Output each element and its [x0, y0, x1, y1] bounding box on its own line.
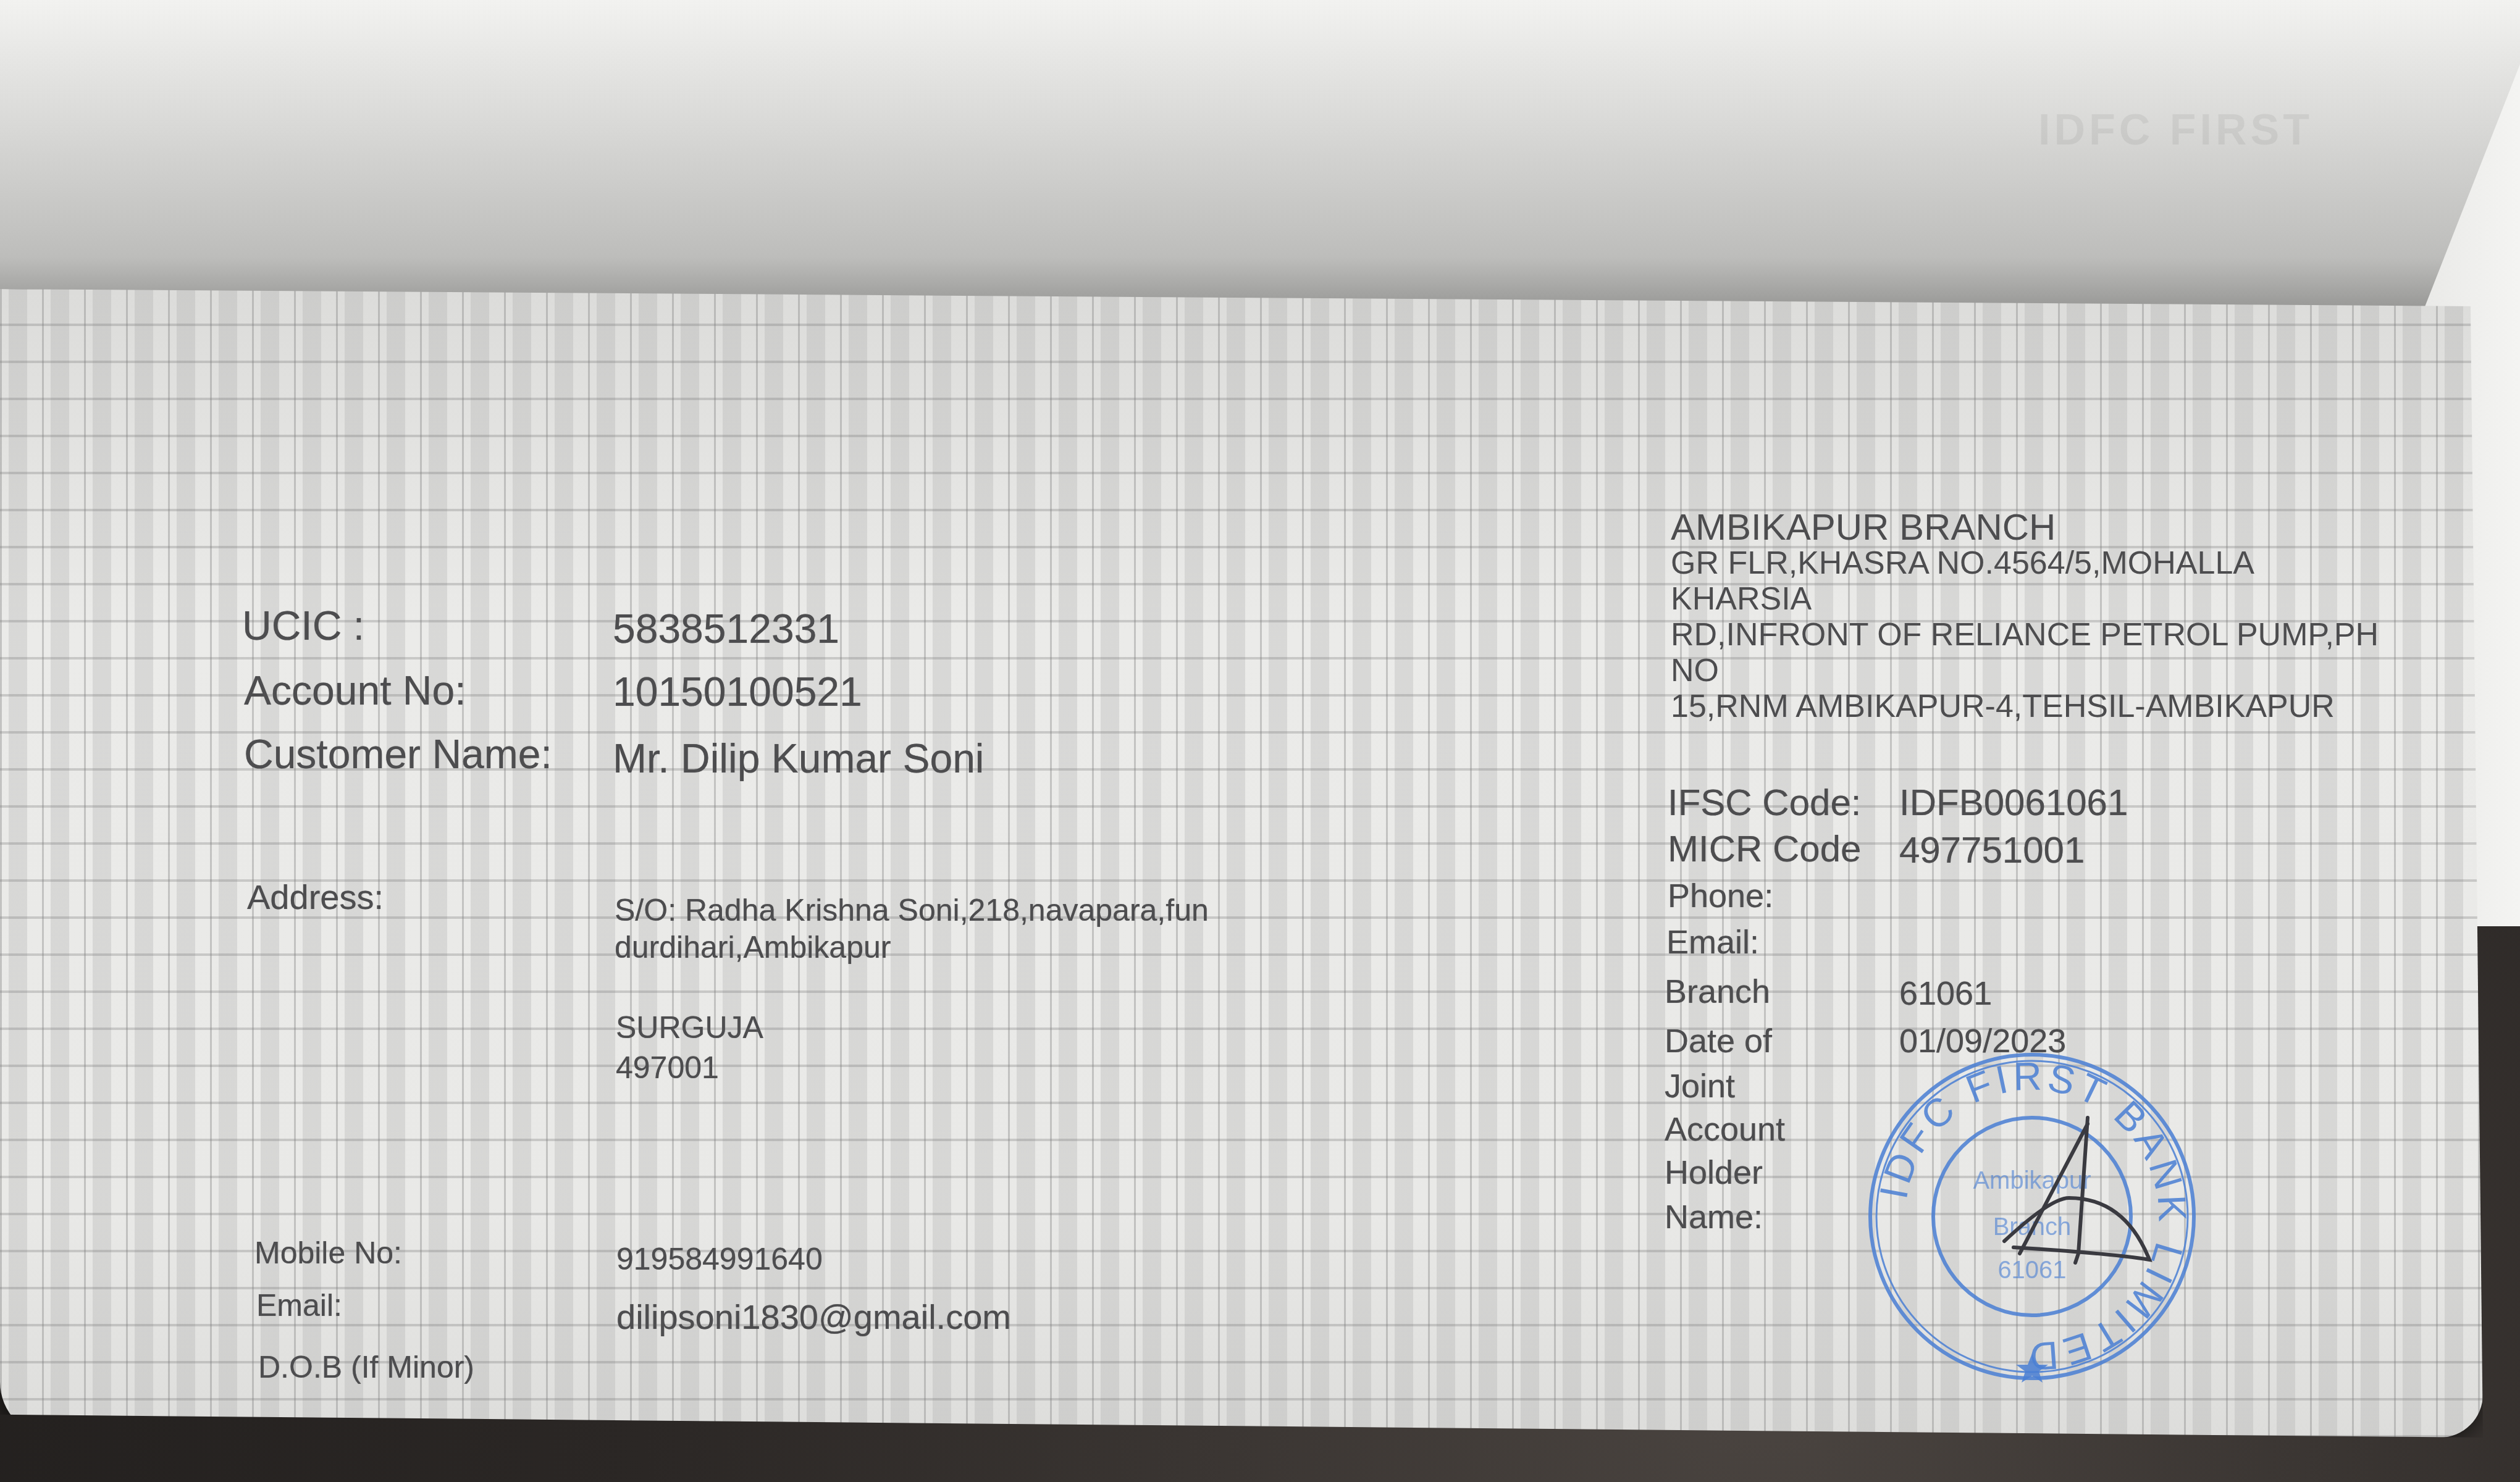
branch-phone-label: Phone: — [1668, 877, 1773, 915]
account-no-label: Account No: — [244, 667, 466, 714]
email-label: Email: — [256, 1287, 342, 1323]
joint-holder-label-line: Joint — [1665, 1067, 1735, 1105]
branch-address-line: KHARSIA — [1671, 581, 2379, 617]
joint-holder-label-line: Account — [1665, 1110, 1785, 1149]
address-district: SURGUJA — [616, 1010, 763, 1045]
address-label: Address: — [247, 877, 384, 917]
address-line-2: durdihari,Ambikapur — [615, 929, 891, 965]
branch-address-line: NO — [1671, 653, 2379, 689]
address-line-1: S/O: Radha Krishna Soni,218,navapara,fun — [615, 892, 1209, 928]
joint-holder-label-line: Name: — [1665, 1198, 1763, 1236]
stamp-seal-icon: IDFC FIRST BANK LIMITED Ambikapur Branch… — [1865, 1050, 2199, 1383]
branch-address-block: AMBIKAPUR BRANCH GR FLR,KHASRA NO.4564/5… — [1671, 509, 2379, 724]
svg-text:Ambikapur: Ambikapur — [1973, 1167, 2091, 1194]
email-value: dilipsoni1830@gmail.com — [616, 1297, 1011, 1337]
ucic-value: 5838512331 — [613, 605, 839, 652]
branch-address-line: RD,INFRONT OF RELIANCE PETROL PUMP,PH — [1671, 617, 2379, 653]
address-pincode: 497001 — [616, 1050, 719, 1086]
ifsc-label: IFSC Code: — [1668, 781, 1861, 824]
mobile-value: 919584991640 — [616, 1241, 823, 1277]
branch-code-value: 61061 — [1899, 974, 1992, 1013]
date-label: Date of — [1665, 1022, 1772, 1060]
branch-code-label: Branch — [1665, 973, 1770, 1011]
cover-watermark: IDFC FIRST — [2038, 105, 2359, 173]
joint-holder-label-line: Holder — [1665, 1153, 1763, 1192]
branch-email-label: Email: — [1666, 923, 1759, 961]
micr-label: MICR Code — [1668, 827, 1861, 870]
bank-stamp: IDFC FIRST BANK LIMITED Ambikapur Branch… — [1865, 1050, 2199, 1383]
branch-address-line: GR FLR,KHASRA NO.4564/5,MOHALLA — [1671, 545, 2379, 581]
account-no-value: 10150100521 — [613, 668, 862, 715]
customer-name-value: Mr. Dilip Kumar Soni — [613, 735, 985, 782]
dob-label: D.O.B (If Minor) — [258, 1349, 474, 1385]
svg-text:61061: 61061 — [1997, 1257, 2066, 1284]
customer-name-label: Customer Name: — [244, 731, 552, 777]
ifsc-value: IDFB0061061 — [1899, 781, 2128, 824]
mobile-label: Mobile No: — [254, 1235, 402, 1271]
ucic-label: UCIC : — [242, 602, 364, 649]
branch-name: AMBIKAPUR BRANCH — [1671, 509, 2379, 545]
branch-address-line: 15,RNM AMBIKAPUR-4,TEHSIL-AMBIKAPUR — [1671, 689, 2379, 724]
micr-value: 497751001 — [1899, 829, 2085, 871]
